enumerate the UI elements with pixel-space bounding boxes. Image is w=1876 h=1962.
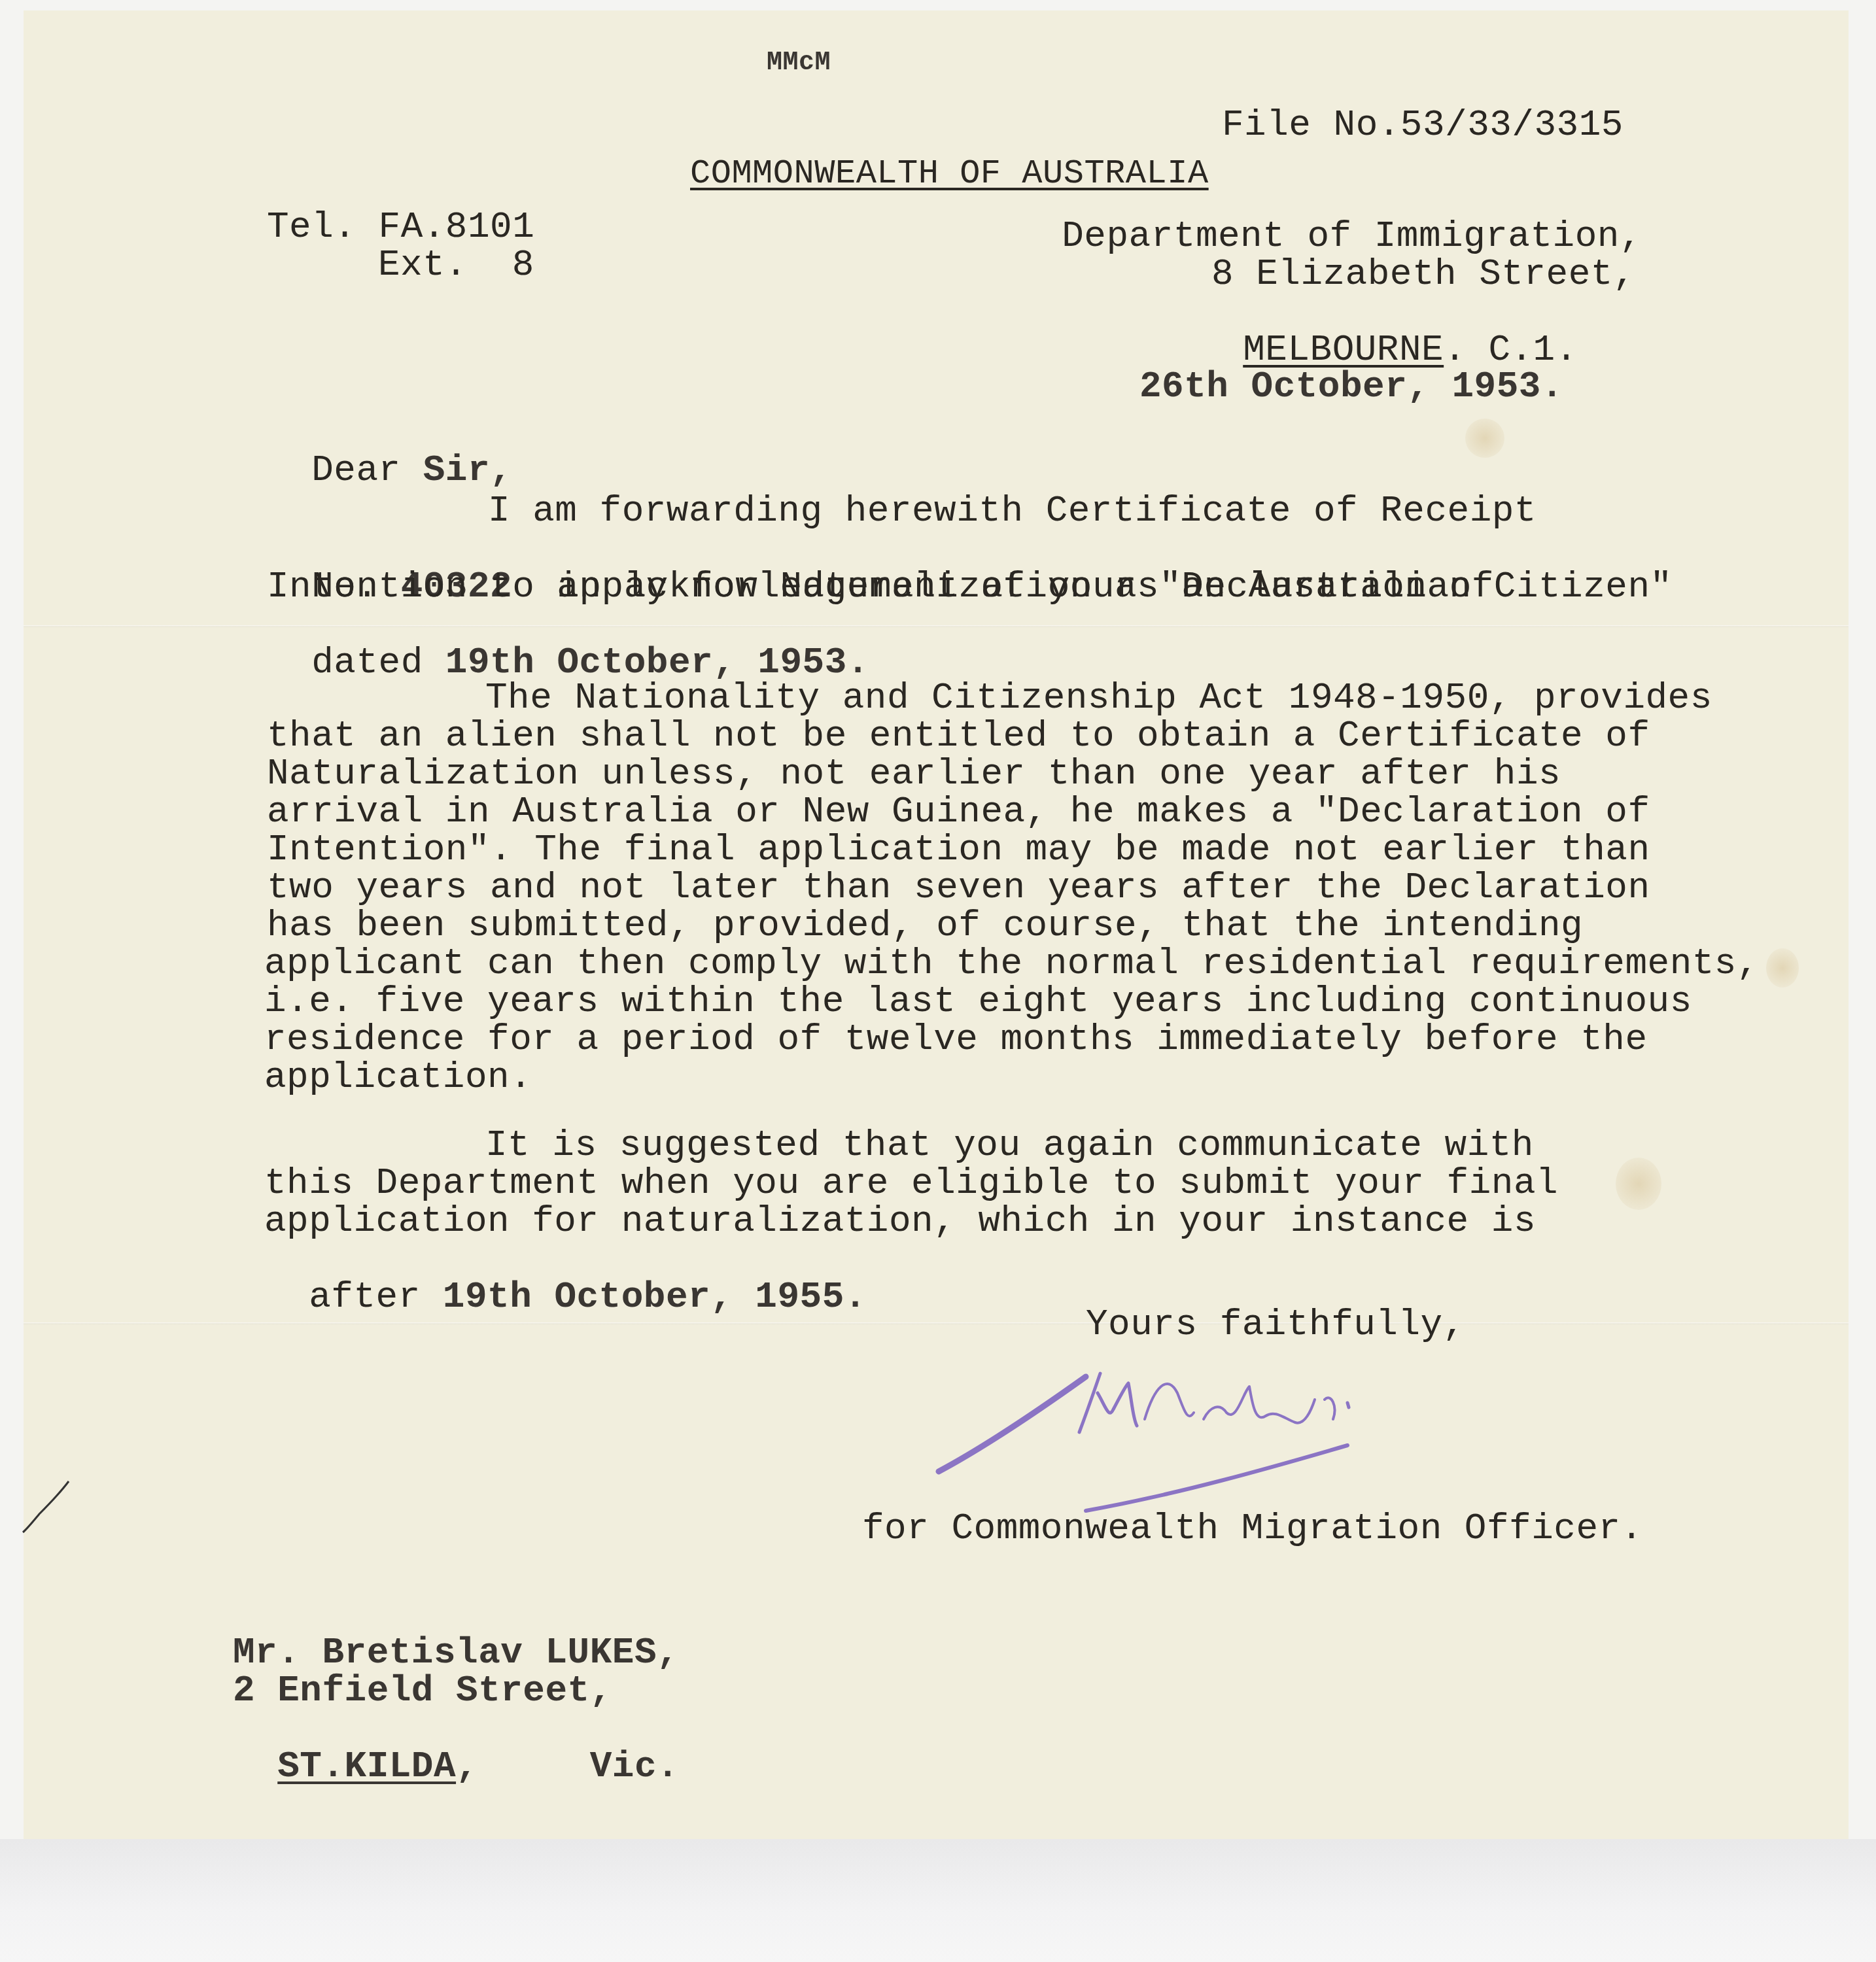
- para2-line: Intention". The final application may be…: [267, 831, 1650, 869]
- eligible-date: 19th October, 1955.: [443, 1276, 867, 1318]
- para3-line: this Department when you are eligible to…: [264, 1164, 1558, 1202]
- recipient-suburb: ST.KILDA: [277, 1746, 456, 1787]
- para2-line: i.e. five years within the last eight ye…: [264, 982, 1692, 1020]
- sender-address-line2: 8 Elizabeth Street,: [981, 255, 1635, 293]
- recipient-state: , Vic.: [456, 1746, 679, 1787]
- para2-line: residence for a period of twelve months …: [264, 1020, 1648, 1058]
- salutation-dear: Dear: [311, 449, 400, 491]
- para2-line: that an alien shall not be entitled to o…: [267, 717, 1650, 755]
- para3-line: It is suggested that you again communica…: [485, 1126, 1534, 1164]
- pen-mark: [20, 1475, 72, 1534]
- sender-city: MELBOURNE: [1243, 329, 1444, 371]
- paper-stain: [1766, 948, 1799, 988]
- para3-line: application for naturalization, which in…: [264, 1202, 1536, 1240]
- para2-line: two years and not later than seven years…: [267, 869, 1650, 906]
- para3-line: after 19th October, 1955.: [264, 1240, 867, 1316]
- closing: Yours faithfully,: [1086, 1305, 1465, 1343]
- telephone-number: Tel. FA.8101: [267, 208, 534, 246]
- para2-line: The Nationality and Citizenship Act 1948…: [485, 679, 1712, 717]
- paper-stain: [1465, 419, 1504, 458]
- telephone-extension: Ext. 8: [267, 246, 534, 284]
- letter-date: 26th October, 1953.: [1139, 368, 1563, 405]
- para2-line: arrival in Australia or New Guinea, he m…: [267, 793, 1650, 831]
- para1-line: Intention to apply for Naturalization as…: [267, 568, 1673, 606]
- recipient-suburb-line: ST.KILDA, Vic.: [233, 1710, 679, 1785]
- file-number: File No.53/33/3315: [1222, 106, 1624, 144]
- paper-stain: [1616, 1158, 1661, 1210]
- para2-line: applicant can then comply with the norma…: [264, 944, 1759, 982]
- salutation: Dear Sir,: [267, 413, 512, 489]
- sender-city-line: MELBOURNE. C.1.: [1198, 293, 1578, 369]
- letterhead-title: COMMONWEALTH OF AUSTRALIA: [690, 155, 1209, 193]
- sender-postcode: . C.1.: [1444, 329, 1578, 371]
- torn-edge-background: [0, 1839, 1876, 1962]
- signatory-title: for Commonwealth Migration Officer.: [862, 1509, 1643, 1547]
- recipient-street: 2 Enfield Street,: [233, 1672, 612, 1710]
- para1-line: I am forwarding herewith Certificate of …: [488, 492, 1537, 530]
- para1-line: dated 19th October, 1953.: [267, 606, 869, 681]
- salutation-name: Sir,: [423, 449, 512, 491]
- para2-line: has been submitted, provided, of course,…: [267, 906, 1583, 944]
- typist-initials: MMcM: [767, 44, 831, 82]
- para2-line: application.: [264, 1058, 532, 1096]
- para2-line: Naturalization unless, not earlier than …: [267, 755, 1561, 793]
- recipient-name: Mr. Bretislav LUKES,: [233, 1634, 679, 1672]
- fold-crease: [24, 1322, 1849, 1324]
- sender-address-line1: Department of Immigration,: [981, 217, 1642, 255]
